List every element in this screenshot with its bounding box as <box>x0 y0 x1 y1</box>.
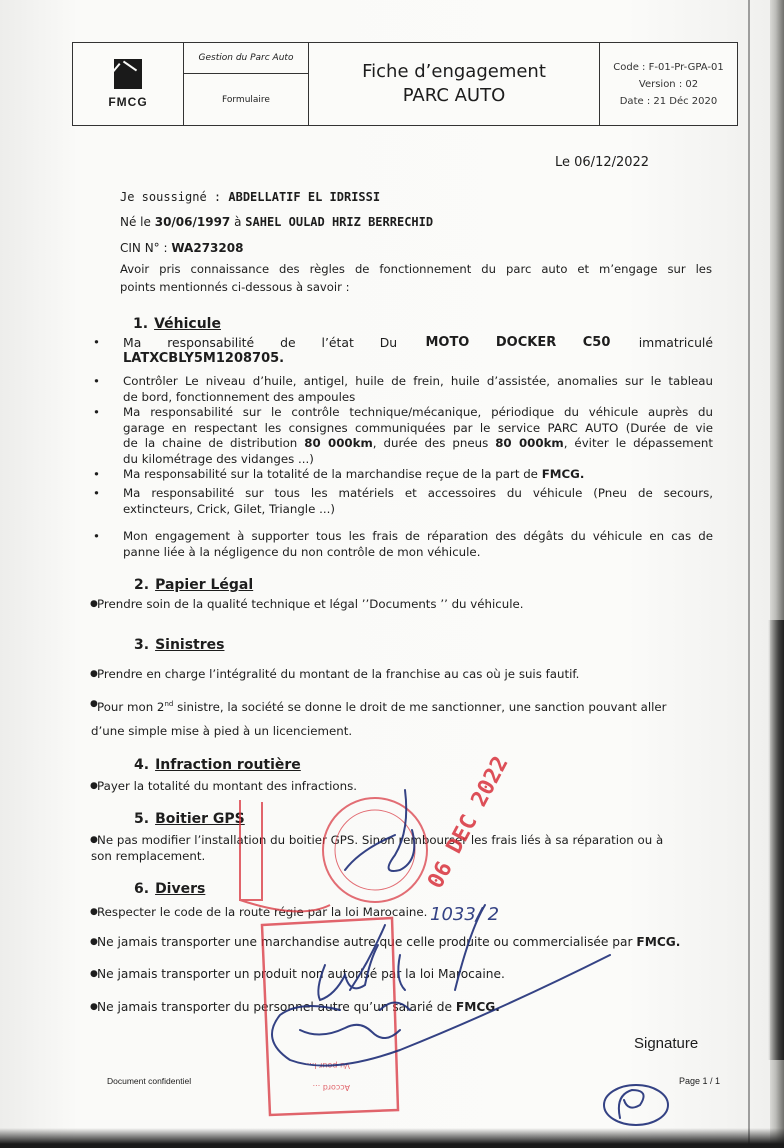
item-text: Prendre en charge l’intégralité du monta… <box>97 667 579 681</box>
birth-date: 30/06/1997 <box>155 215 231 229</box>
list-item: ● Ne jamais transporter une marchandise … <box>97 935 680 951</box>
doc-date: Date : 21 Déc 2020 <box>620 93 718 110</box>
list-item: ● Prendre en charge l’intégralité du mon… <box>97 667 579 683</box>
born-at: à <box>230 215 245 229</box>
section-number: 1. <box>133 316 148 332</box>
intro-line2: points mentionnés ci-dessous à savoir : <box>120 280 349 294</box>
bullet-icon: • <box>93 467 100 483</box>
footer-confidential: Document confidentiel <box>107 1076 191 1086</box>
list-item: • Ma responsabilité de l’état Du MOTO DO… <box>123 335 713 366</box>
fmcg-logo-icon <box>114 59 142 89</box>
signature-label: Signature <box>634 1035 698 1052</box>
footer-page-number: Page 1 / 1 <box>679 1076 720 1086</box>
page-edge-shadow <box>768 620 784 1060</box>
section-3-title: 3.Sinistres <box>134 637 224 653</box>
bullet-icon: • <box>93 405 100 421</box>
item-text: garage en respectant les consignes commu… <box>123 421 713 437</box>
cin-label: CIN N° : <box>120 241 171 255</box>
list-item: ● Payer la totalité du montant des infra… <box>97 779 357 795</box>
section-5-title: 5.Boitier GPS <box>134 811 245 827</box>
category-label: Gestion du Parc Auto <box>184 43 308 74</box>
born-label: Né le <box>120 215 155 229</box>
item-text: Ma responsabilité sur tous les matériels… <box>123 486 713 502</box>
item-text: Pour mon 2 <box>97 700 164 714</box>
item-text: de la chaine de distribution <box>123 436 304 450</box>
company-name: FMCG. <box>636 935 680 949</box>
item-text: , durée des pneus <box>373 436 495 450</box>
section-title-text: Sinistres <box>155 637 224 653</box>
section-number: 4. <box>134 757 149 773</box>
list-item: • Mon engagement à supporter tous les fr… <box>123 529 713 560</box>
bullet-icon: • <box>93 374 100 390</box>
item-text: Ne jamais transporter une marchandise au… <box>97 935 636 949</box>
item-text: Ne jamais transporter du personnel autre… <box>97 1000 456 1014</box>
document-date: Le 06/12/2022 <box>555 155 649 170</box>
document-title-line2: PARC AUTO <box>403 84 506 108</box>
item-text: Mon engagement à supporter tous les frai… <box>123 529 713 545</box>
section-number: 6. <box>134 881 149 897</box>
section-number: 5. <box>134 811 149 827</box>
document-title-line1: Fiche d’engagement <box>362 60 546 84</box>
item-text: extincteurs, Crick, Gilet, Triangle ...) <box>123 502 713 518</box>
bottom-shadow <box>0 1128 784 1148</box>
logo-text: FMCG <box>108 95 147 109</box>
doc-code: Code : F-01-Pr-GPA-01 <box>613 59 723 76</box>
doc-version: Version : 02 <box>639 76 698 93</box>
bullet-icon: ● <box>90 779 98 795</box>
list-item: • Ma responsabilité sur tous les matérie… <box>123 486 713 517</box>
section-number: 3. <box>134 637 149 653</box>
item-text: sinistre, la société se donne le droit d… <box>173 700 666 714</box>
company-name: FMCG. <box>542 467 585 481</box>
meta-cell: Code : F-01-Pr-GPA-01 Version : 02 Date … <box>600 43 737 125</box>
title-cell: Fiche d’engagement PARC AUTO <box>309 43 600 125</box>
section-title-text: Véhicule <box>154 316 221 332</box>
bullet-icon: ● <box>90 935 98 951</box>
section-number: 2. <box>134 577 149 593</box>
list-item: ● Ne pas modifier l’installation du boit… <box>97 833 727 864</box>
bullet-icon: • <box>93 335 100 351</box>
item-text: son remplacement. <box>91 849 727 865</box>
soussigne-label: Je soussigné : <box>120 190 228 204</box>
section-title-text: Divers <box>155 881 205 897</box>
list-item: ● Pour mon 2nd sinistre, la société se d… <box>97 692 717 743</box>
section-2-title: 2.Papier Légal <box>134 577 253 593</box>
bullet-icon: • <box>93 529 100 545</box>
item-text: de bord, fonctionnement des ampoules <box>123 390 713 406</box>
list-item: • Ma responsabilité sur la totalité de l… <box>123 467 713 483</box>
item-text: d’une simple mise à pied à un licencieme… <box>91 719 717 743</box>
item-text: Payer la totalité du montant des infract… <box>97 779 357 793</box>
form-info-cell: Gestion du Parc Auto Formulaire <box>184 43 309 125</box>
item-text: Ne pas modifier l’installation du boitie… <box>97 833 727 849</box>
bullet-icon: ● <box>90 1000 98 1016</box>
ordinal-suffix: nd <box>164 700 173 708</box>
list-item: ● Respecter le code de la route régie pa… <box>97 905 427 921</box>
document-header: FMCG Gestion du Parc Auto Formulaire Fic… <box>72 42 738 126</box>
list-item: ● Ne jamais transporter du personnel aut… <box>97 1000 500 1016</box>
distribution-chain-km: 80 000km <box>304 436 373 450</box>
bullet-icon: • <box>93 486 100 502</box>
signatory-name: ABDELLATIF EL IDRISSI <box>228 190 380 204</box>
vehicle-model: MOTO DOCKER C50 <box>425 335 610 351</box>
bullet-icon: ● <box>90 967 98 983</box>
section-title-text: Boitier GPS <box>155 811 245 827</box>
tire-km: 80 000km <box>495 436 564 450</box>
intro-line1: Avoir pris connaissance des règles de fo… <box>120 262 712 276</box>
item-text: Ma responsabilité de l’état Du <box>123 335 397 351</box>
list-item: ● Prendre soin de la qualité technique e… <box>97 597 524 613</box>
vehicle-registration: LATXCBLY5M1208705. <box>123 351 713 367</box>
cin-number: WA273208 <box>171 241 243 255</box>
item-text: panne liée à la négligence du non contrô… <box>123 545 713 561</box>
list-item: • Ma responsabilité sur le contrôle tech… <box>123 405 713 467</box>
item-text: Ma responsabilité sur la totalité de la … <box>123 467 542 481</box>
bullet-icon: ● <box>90 667 98 683</box>
list-item: • Contrôler Le niveau d’huile, antigel, … <box>123 374 713 405</box>
company-name: FMCG. <box>456 1000 500 1014</box>
item-text: Contrôler Le niveau d’huile, antigel, hu… <box>123 374 713 390</box>
list-item: ● Ne jamais transporter un produit non a… <box>97 967 505 983</box>
item-text: Ma responsabilité sur le contrôle techni… <box>123 405 713 421</box>
item-text: Respecter le code de la route régie par … <box>97 905 427 919</box>
birth-place: SAHEL OULAD HRIZ BERRECHID <box>245 215 433 229</box>
section-6-title: 6.Divers <box>134 881 205 897</box>
form-type-label: Formulaire <box>184 74 308 125</box>
item-text: Ne jamais transporter un produit non aut… <box>97 967 505 981</box>
bullet-icon: ● <box>90 692 98 716</box>
section-title-text: Infraction routière <box>155 757 301 773</box>
logo-cell: FMCG <box>73 43 184 125</box>
item-text: Prendre soin de la qualité technique et … <box>97 597 524 611</box>
section-4-title: 4.Infraction routière <box>134 757 301 773</box>
item-text: , éviter le dépassement <box>564 436 713 450</box>
cin-line: CIN N° : WA273208 <box>120 241 243 255</box>
item-text: immatriculé <box>639 335 713 351</box>
item-text: du kilométrage des vidanges ...) <box>123 452 713 468</box>
bullet-icon: ● <box>90 905 98 921</box>
birth-line: Né le 30/06/1997 à SAHEL OULAD HRIZ BERR… <box>120 215 433 229</box>
bullet-icon: ● <box>90 833 98 849</box>
section-title-text: Papier Légal <box>155 577 253 593</box>
section-1-title: 1.Véhicule <box>133 316 221 332</box>
page-fold-line <box>748 0 750 1148</box>
bullet-icon: ● <box>90 597 98 613</box>
soussigne-line: Je soussigné : ABDELLATIF EL IDRISSI <box>120 190 380 204</box>
